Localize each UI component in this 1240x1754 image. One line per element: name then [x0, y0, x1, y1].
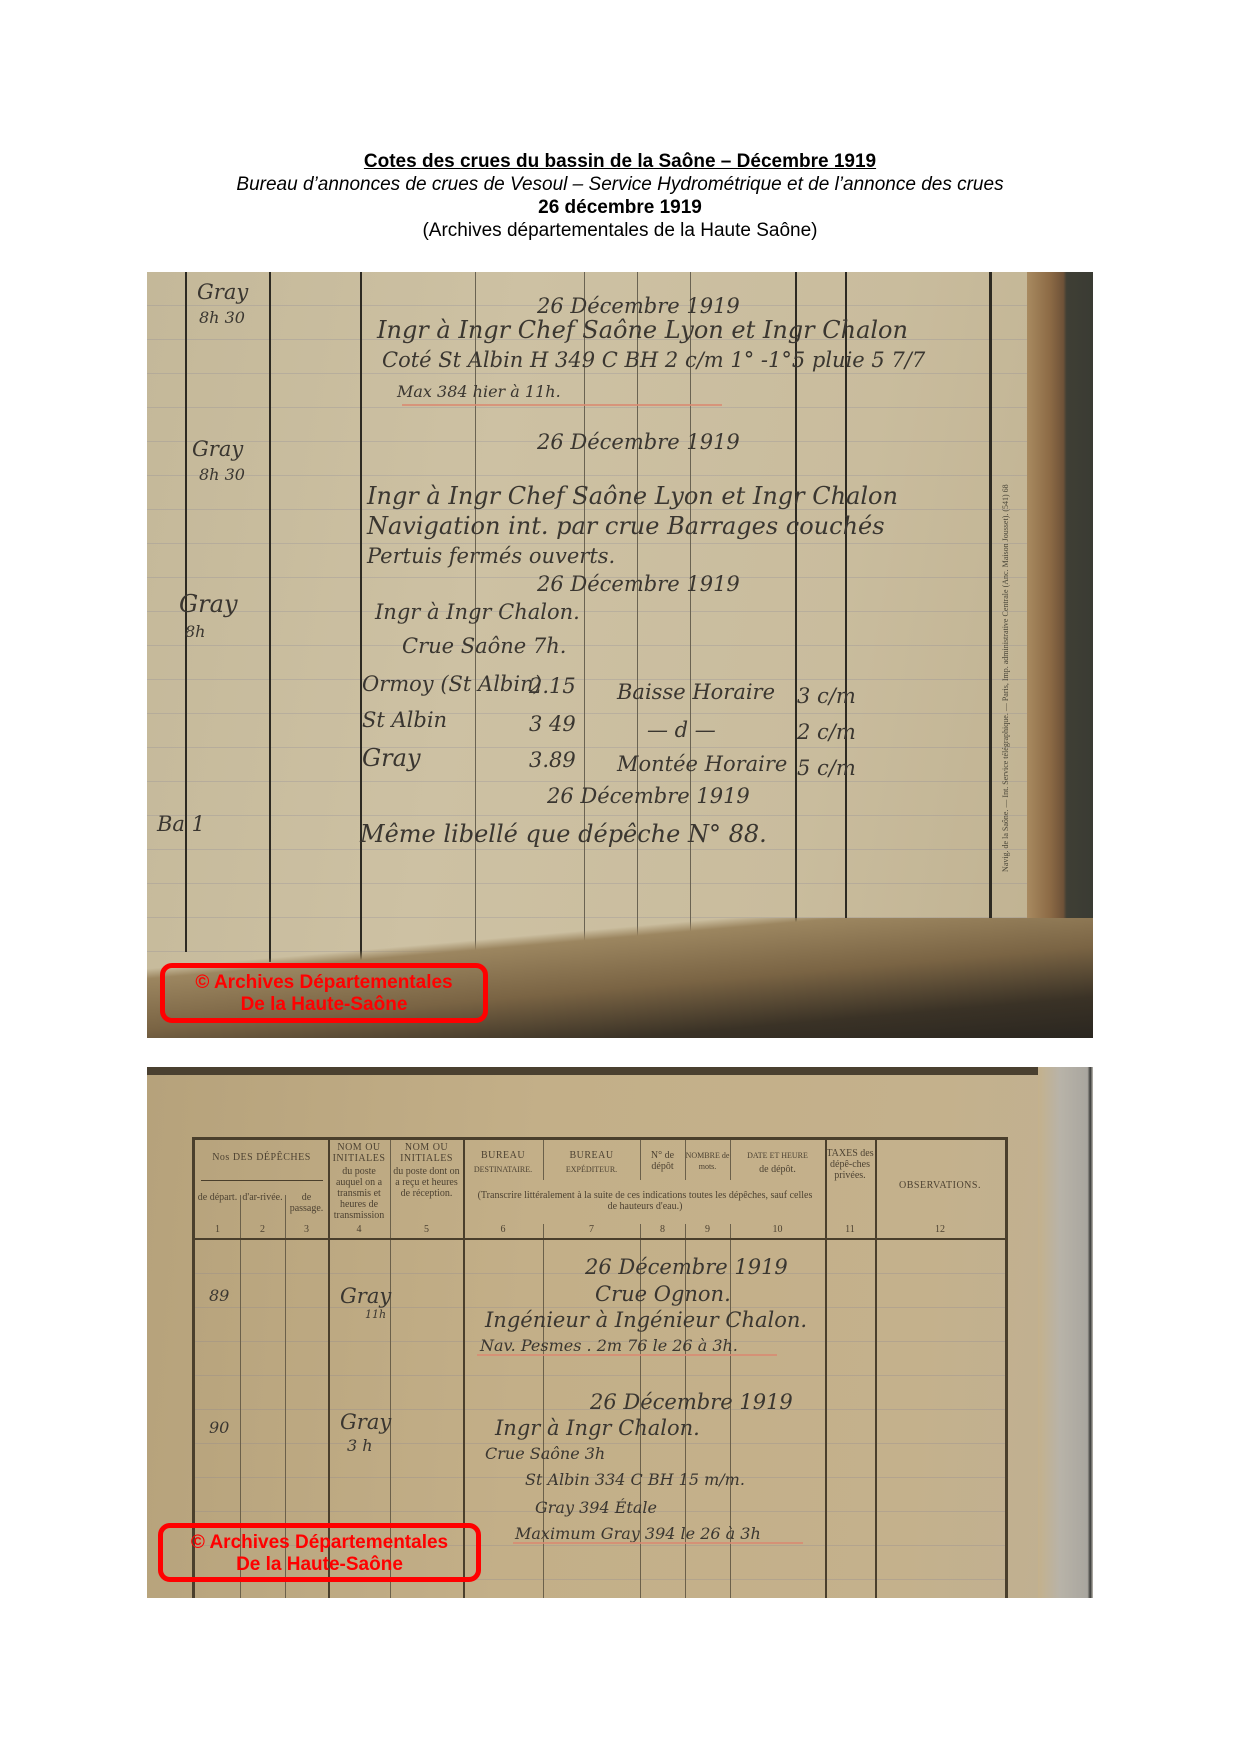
reading-station: Ormoy (St Albin)	[362, 672, 542, 696]
reading-value: 2.15	[529, 674, 576, 698]
entry-line: Même libellé que dépêche N° 88.	[360, 820, 767, 848]
column-rule	[845, 272, 847, 982]
entry-date: 26 Décembre 1919	[537, 294, 740, 318]
header-brace	[201, 1180, 323, 1181]
entry-time: 8h 30	[199, 465, 245, 484]
header-date-heure-sub: de dépôt.	[730, 1164, 825, 1175]
header-bureau-destinataire-sub: DESTINATAIRE.	[463, 1164, 543, 1175]
header-passage: de passage.	[285, 1192, 328, 1214]
entry-date: 26 Décembre 1919	[537, 430, 740, 454]
column-number: 1	[195, 1224, 240, 1235]
header-bureau-expediteur: BUREAU	[543, 1150, 640, 1161]
reading-rate: 3 c/m	[797, 684, 856, 708]
column-number: 11	[825, 1224, 875, 1235]
page-edge	[1038, 1067, 1093, 1598]
column-rule	[690, 272, 691, 962]
column-rule	[795, 272, 797, 972]
entry-post: Gray	[179, 590, 238, 618]
copyright-watermark: © Archives Départementales De la Haute-S…	[158, 1523, 481, 1582]
reading-trend: — d —	[647, 718, 716, 742]
header-observations: OBSERVATIONS.	[875, 1180, 1005, 1191]
entry-line: Navigation int. par crue Barrages couché…	[367, 512, 885, 540]
header-depot-number: N° de dépôt	[640, 1150, 685, 1172]
entry-time: 3 h	[347, 1436, 373, 1455]
column-rule	[584, 272, 585, 962]
column-number: 12	[875, 1224, 1005, 1235]
copyright-watermark: © Archives Départementales De la Haute-S…	[160, 963, 488, 1023]
header-date-heure: DATE ET HEURE	[730, 1150, 825, 1161]
entry-line: Ingr à Ingr Chalon.	[495, 1416, 700, 1440]
column-number: 5	[390, 1224, 463, 1235]
document-header: Cotes des crues du bassin de la Saône – …	[0, 150, 1240, 242]
entry-line: Ingr à Ingr Chef Saône Lyon et Ingr Chal…	[367, 482, 898, 510]
register-photo-1: Navig. de la Saône. — Int. Service télég…	[147, 272, 1093, 1038]
watermark-line-1: © Archives Départementales	[163, 1532, 476, 1554]
entry-post: Gray	[340, 1410, 391, 1434]
entry-post: Ba 1	[157, 812, 205, 836]
dispatch-number: 89	[209, 1286, 229, 1305]
entry-date: 26 Décembre 1919	[585, 1255, 788, 1279]
document-subtitle: Bureau d’annonces de crues de Vesoul – S…	[0, 173, 1240, 196]
column-number: 3	[285, 1224, 328, 1235]
entry-line: St Albin 334 C BH 15 m/m.	[525, 1470, 745, 1489]
page-shadow	[147, 1067, 1093, 1075]
underline	[477, 1354, 777, 1356]
entry-post: Gray	[192, 437, 243, 461]
entry-line: Crue Saône 7h.	[402, 634, 566, 658]
watermark-line-2: De la Haute-Saône	[165, 994, 483, 1016]
entry-line: Coté St Albin H 349 C BH 2 c/m 1° -1°5 p…	[382, 348, 925, 372]
entry-line: Gray 394 Étale	[535, 1498, 657, 1517]
column-number: 4	[328, 1224, 390, 1235]
entry-time: 11h	[365, 1308, 386, 1321]
header-poste-transmis: du poste auquel on a transmis et heures …	[328, 1166, 390, 1221]
underline	[402, 404, 722, 406]
column-number: 6	[463, 1224, 543, 1235]
form-header: Nos DES DÉPÊCHES de départ. d'ar-rivée. …	[195, 1140, 1005, 1240]
entry-line: Pertuis fermés ouverts.	[367, 544, 615, 568]
reading-rate: 5 c/m	[797, 756, 856, 780]
underline	[513, 1542, 803, 1544]
header-bureau-destinataire: BUREAU	[463, 1150, 543, 1161]
column-number: 9	[685, 1224, 730, 1235]
reading-value: 3.89	[529, 748, 576, 772]
header-word-count: NOMBRE de mots.	[685, 1150, 730, 1172]
entry-line: Ingr à Ingr Chalon.	[375, 600, 580, 624]
entry-line: Crue Ognon.	[595, 1282, 731, 1306]
entry-time: 8h	[185, 622, 205, 641]
column-rule	[360, 272, 362, 972]
reading-station: St Albin	[362, 708, 447, 732]
column-rule	[269, 272, 271, 962]
column-number: 7	[543, 1224, 640, 1235]
column-number: 8	[640, 1224, 685, 1235]
column-number: 2	[240, 1224, 285, 1235]
entry-line: Maximum Gray 394 le 26 à 3h	[515, 1524, 761, 1543]
entry-line: Max 384 hier à 11h.	[397, 382, 561, 401]
header-poste-recu-title: NOM OU INITIALES	[390, 1142, 463, 1164]
reading-station: Gray	[362, 744, 421, 772]
entry-date: 26 Décembre 1919	[537, 572, 740, 596]
entry-time: 8h 30	[199, 308, 245, 327]
header-bureau-expediteur-sub: EXPÉDITEUR.	[543, 1164, 640, 1175]
reading-rate: 2 c/m	[797, 720, 856, 744]
column-number: 10	[730, 1224, 825, 1235]
header-depeches: Nos DES DÉPÊCHES	[195, 1152, 328, 1163]
entry-date: 26 Décembre 1919	[590, 1390, 793, 1414]
header-rule	[195, 1238, 1005, 1240]
document-source: (Archives départementales de la Haute Sa…	[0, 219, 1240, 242]
entry-line: Ingénieur à Ingénieur Chalon.	[485, 1308, 807, 1332]
entry-date: 26 Décembre 1919	[547, 784, 750, 808]
dispatch-number: 90	[209, 1418, 229, 1437]
header-depart: de départ.	[195, 1192, 240, 1203]
reading-trend: Baisse Horaire	[617, 680, 775, 704]
watermark-line-2: De la Haute-Saône	[163, 1554, 476, 1576]
printer-imprint: Navig. de la Saône. — Int. Service télég…	[1001, 312, 1015, 872]
document-date: 26 décembre 1919	[0, 196, 1240, 219]
document-title: Cotes des crues du bassin de la Saône – …	[0, 150, 1240, 173]
header-poste-recu: du poste dont on a reçu et heures de réc…	[390, 1166, 463, 1199]
column-rule	[637, 272, 638, 962]
watermark-line-1: © Archives Départementales	[165, 972, 483, 994]
header-instruction: (Transcrire littéralement à la suite de …	[475, 1190, 815, 1212]
entry-post: Gray	[197, 280, 248, 304]
header-taxes: TAXES des dépê-ches privées.	[825, 1148, 875, 1181]
entry-line: Ingr à Ingr Chef Saône Lyon et Ingr Chal…	[377, 316, 908, 344]
register-photo-2: Nos DES DÉPÊCHES de départ. d'ar-rivée. …	[147, 1067, 1093, 1598]
header-arrivee: d'ar-rivée.	[240, 1192, 285, 1203]
column-rule	[989, 272, 992, 992]
reading-value: 3 49	[529, 712, 576, 736]
reading-trend: Montée Horaire	[617, 752, 787, 776]
entry-line: Crue Saône 3h	[485, 1444, 605, 1463]
header-poste-transmis-title: NOM OU INITIALES	[328, 1142, 390, 1164]
entry-post: Gray	[340, 1284, 391, 1308]
entry-line: Nav. Pesmes . 2m 76 le 26 à 3h.	[480, 1336, 738, 1355]
